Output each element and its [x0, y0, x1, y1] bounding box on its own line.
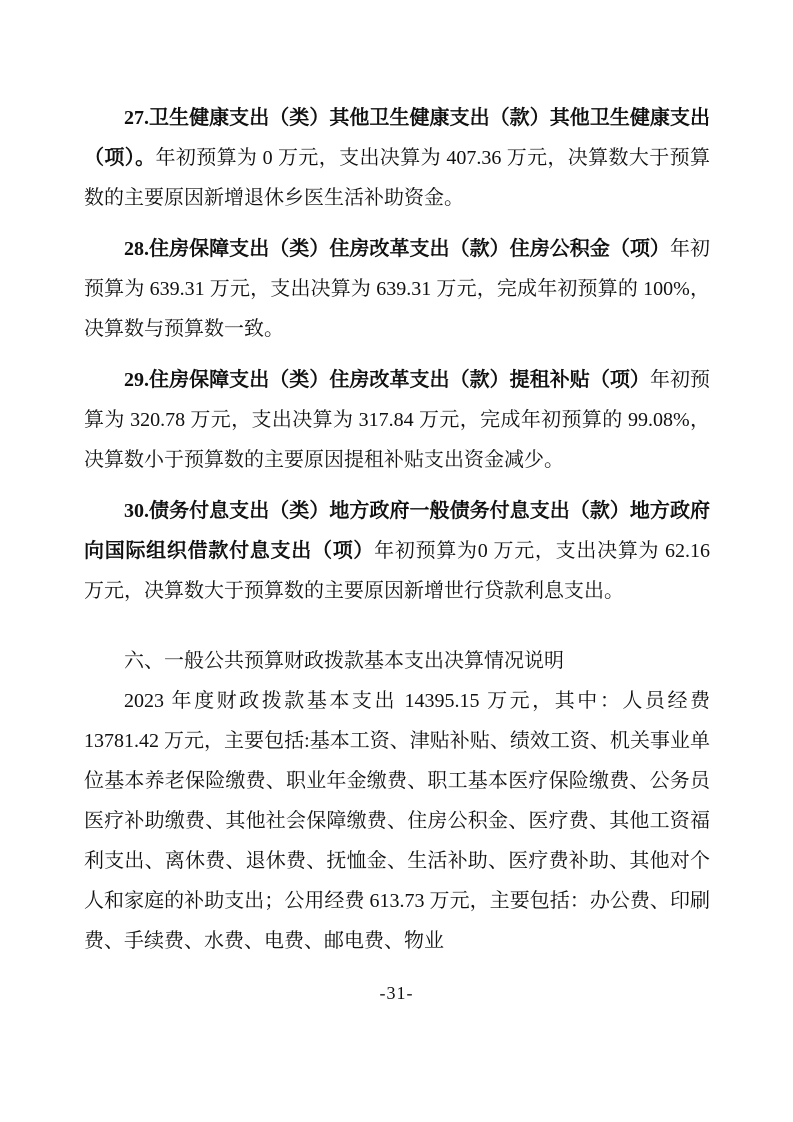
paragraph-29-heading: 29.住房保障支出（类）住房改革支出（款）提租补贴（项）	[124, 369, 650, 391]
paragraph-item-27: 27.卫生健康支出（类）其他卫生健康支出（款）其他卫生健康支出（项）。年初预算为…	[84, 98, 710, 218]
paragraph-28-heading: 28.住房保障支出（类）住房改革支出（款）住房公积金（项）	[124, 238, 670, 260]
page-number: -31-	[0, 978, 793, 1008]
document-page: 27.卫生健康支出（类）其他卫生健康支出（款）其他卫生健康支出（项）。年初预算为…	[0, 0, 793, 1122]
paragraph-item-29: 29.住房保障支出（类）住房改革支出（款）提租补贴（项）年初预算为 320.78…	[84, 360, 710, 480]
section-heading: 六、一般公共预算财政拨款基本支出决算情况说明	[84, 641, 710, 681]
section-paragraph: 2023 年度财政拨款基本支出 14395.15 万元，其中：人员经费 1378…	[84, 681, 710, 961]
paragraph-item-30: 30.债务付息支出（类）地方政府一般债务付息支出（款）地方政府向国际组织借款付息…	[84, 491, 710, 611]
paragraph-item-28: 28.住房保障支出（类）住房改革支出（款）住房公积金（项）年初预算为 639.3…	[84, 229, 710, 349]
paragraph-27-text: 年初预算为 0 万元，支出决算为 407.36 万元，决算数大于预算数的主要原因…	[84, 147, 710, 209]
